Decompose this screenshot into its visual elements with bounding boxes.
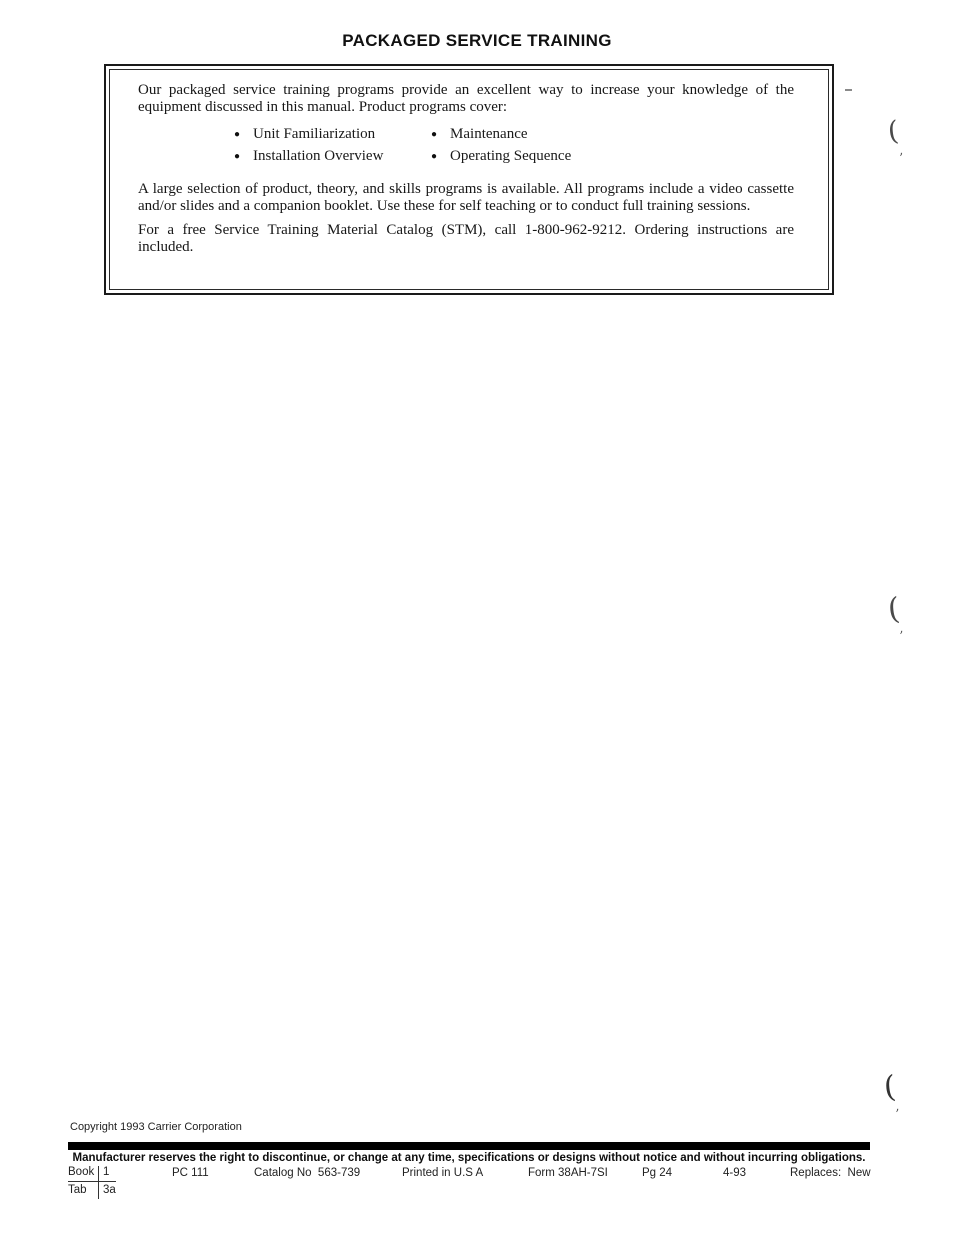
disclaimer-text: Manufacturer reserves the right to disco…	[68, 1152, 870, 1164]
printed-in: Printed in U.S A	[402, 1167, 483, 1179]
replaces: Replaces: New	[790, 1167, 871, 1179]
training-info-box-inner: Our packaged service training programs p…	[109, 69, 829, 290]
catalog-number: Catalog No 563-739	[254, 1167, 360, 1179]
bullet-icon: ●	[431, 124, 437, 145]
scan-artifact	[845, 89, 852, 91]
selection-paragraph: A large selection of product, theory, an…	[138, 181, 794, 214]
list-item: ● Installation Overview	[234, 146, 431, 168]
page-number: Pg 24	[642, 1167, 672, 1179]
book-label: Book	[68, 1166, 98, 1182]
date: 4-93	[723, 1167, 746, 1179]
bullet-row: ● Installation Overview ● Operating Sequ…	[234, 146, 794, 168]
form-number: Form 38AH-7SI	[528, 1167, 608, 1179]
list-item: ● Maintenance	[431, 124, 528, 146]
page-title: PACKAGED SERVICE TRAINING	[0, 31, 954, 51]
scan-artifact	[887, 595, 901, 623]
intro-paragraph: Our packaged service training programs p…	[138, 82, 794, 115]
bullet-icon: ●	[234, 124, 240, 145]
book-tab-table: Book 1 Tab 3a	[68, 1166, 112, 1199]
document-page: PACKAGED SERVICE TRAINING Our packaged s…	[0, 0, 954, 1235]
catalog-paragraph: For a free Service Training Material Cat…	[138, 222, 794, 255]
book-value: 1	[98, 1166, 116, 1182]
copyright-text: Copyright 1993 Carrier Corporation	[70, 1121, 242, 1133]
scan-artifact	[883, 1073, 897, 1101]
bullet-label: Operating Sequence	[450, 146, 571, 167]
training-info-box: Our packaged service training programs p…	[104, 64, 834, 295]
bullet-icon: ●	[234, 146, 240, 167]
bullet-label: Unit Familiarization	[253, 124, 375, 145]
bullet-row: ● Unit Familiarization ● Maintenance	[234, 124, 794, 146]
bullet-icon: ●	[431, 146, 437, 167]
list-item: ● Unit Familiarization	[234, 124, 431, 146]
bullet-label: Installation Overview	[253, 146, 383, 167]
bullet-label: Maintenance	[450, 124, 527, 145]
tab-label: Tab	[68, 1182, 98, 1199]
program-bullet-list: ● Unit Familiarization ● Maintenance ● I…	[234, 124, 794, 168]
tab-value: 3a	[98, 1182, 116, 1199]
scan-artifact	[887, 118, 900, 146]
list-item: ● Operating Sequence	[431, 146, 571, 168]
pc-number: PC 111	[172, 1167, 209, 1179]
footer-divider-bar	[68, 1142, 870, 1150]
